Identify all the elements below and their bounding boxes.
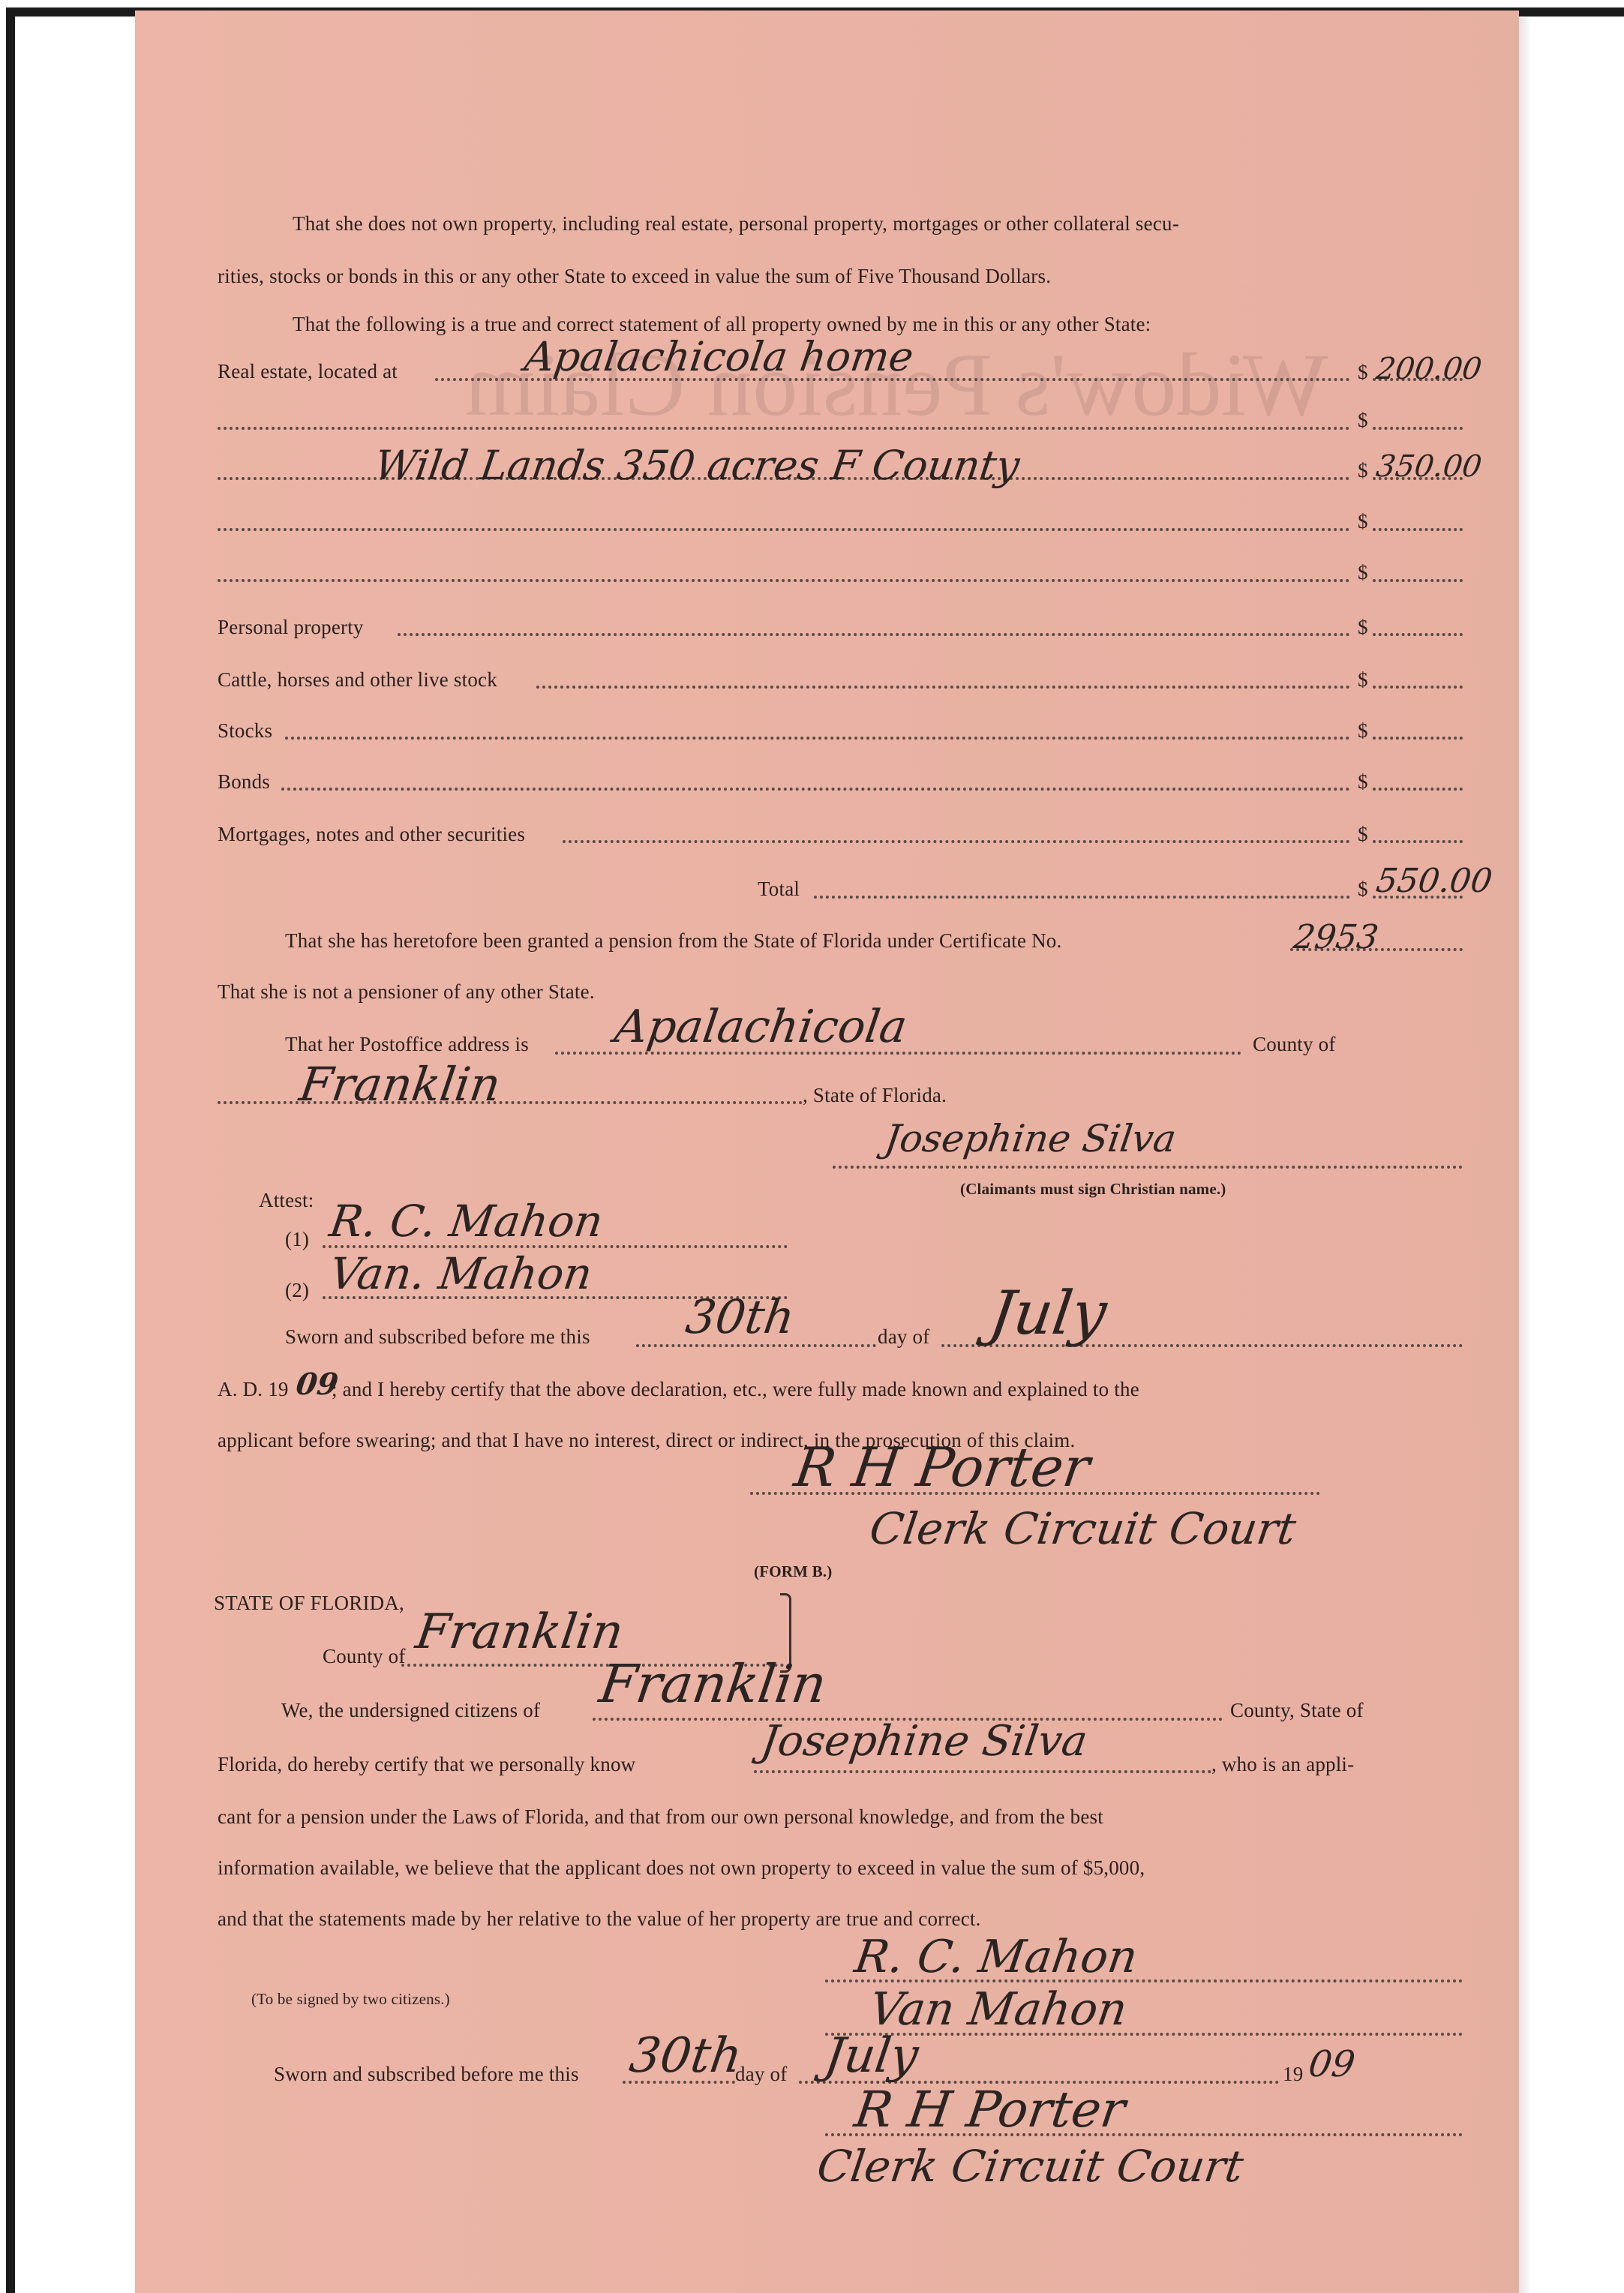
form-b-sworn-day[interactable]: 30th	[626, 2028, 746, 2084]
form-b-clerk-title: Clerk Circuit Court	[814, 2141, 1247, 2192]
signed-note: (To be signed by two citizens.)	[251, 1987, 450, 2011]
dollar-sign: $	[1358, 668, 1368, 692]
dollar-sign: $	[1358, 408, 1368, 432]
county-value[interactable]: Franklin	[296, 1057, 504, 1112]
dotted-line	[218, 579, 1350, 582]
dotted-line	[754, 1770, 1211, 1773]
attest-1-number: (1)	[285, 1227, 309, 1251]
clerk-title: Clerk Circuit Court	[866, 1503, 1299, 1554]
mortgages-amount[interactable]	[1373, 840, 1463, 843]
claimant-signature-line	[833, 1166, 1463, 1169]
livestock-amount[interactable]	[1373, 686, 1463, 689]
form-b-year[interactable]: 09	[1306, 2043, 1358, 2085]
row-label-personal-property: Personal property	[218, 615, 364, 639]
form-b-county-label: County of	[323, 1644, 406, 1668]
form-b-line3: cant for a pension under the Laws of Flo…	[218, 1805, 1103, 1829]
form-b-clerk-signature[interactable]: R H Porter	[851, 2081, 1129, 2138]
attest-1-signature[interactable]: R. C. Mahon	[326, 1196, 606, 1247]
dotted-line	[218, 427, 1350, 430]
certify-line1: ; and I hereby certify that the above de…	[332, 1377, 1139, 1401]
form-b-heading: (FORM B.)	[754, 1559, 832, 1583]
dotted-line	[285, 737, 1350, 740]
row-label-livestock: Cattle, horses and other live stock	[218, 668, 497, 692]
dotted-line	[1373, 427, 1463, 430]
dotted-line	[281, 788, 1350, 791]
attest-2-signature[interactable]: Van. Mahon	[326, 1248, 596, 1299]
dollar-sign: $	[1358, 719, 1368, 743]
form-b-county-value[interactable]: Franklin	[413, 1604, 627, 1660]
dollar-sign: $	[1358, 822, 1368, 846]
dotted-line	[1373, 579, 1463, 582]
total-label: Total	[758, 877, 800, 901]
personal-property-amount[interactable]	[1373, 633, 1463, 636]
claimant-signature[interactable]: Josephine Silva	[882, 1117, 1179, 1160]
form-b-line4: information available, we believe that t…	[218, 1856, 1145, 1880]
form-b-line2-end: , who is an appli-	[1211, 1752, 1354, 1776]
form-b-line2-start: Florida, do hereby certify that we perso…	[218, 1752, 635, 1776]
real-estate-entry[interactable]: Apalachicola home	[522, 333, 917, 380]
form-b-line5: and that the statements made by her rela…	[218, 1907, 981, 1931]
dollar-sign: $	[1358, 560, 1368, 584]
scan-background	[15, 17, 135, 2293]
not-pensioner-text: That she is not a pensioner of any other…	[218, 980, 595, 1004]
dollar-sign: $	[1358, 509, 1368, 533]
bonds-amount[interactable]	[1373, 788, 1463, 791]
certificate-text: That she has heretofore been granted a p…	[285, 929, 1061, 953]
sleeve-edge	[1519, 18, 1529, 2293]
certificate-number[interactable]: 2953	[1291, 918, 1380, 956]
county-state-of-label: County, State of	[1230, 1698, 1364, 1722]
day-of-label: day of	[878, 1325, 929, 1349]
dollar-sign: $	[1358, 770, 1368, 794]
sworn-month[interactable]: July	[985, 1278, 1110, 1348]
form-b-day-of: day of	[735, 2062, 787, 2086]
we-citizens-text: We, the undersigned citizens of	[281, 1698, 540, 1722]
sworn-day[interactable]: 30th	[683, 1289, 798, 1344]
row-label-mortgages: Mortgages, notes and other securities	[218, 822, 525, 846]
applicant-name[interactable]: Josephine Silva	[758, 1717, 1090, 1766]
para1-line1: That she does not own property, includin…	[293, 212, 1179, 236]
row-label-stocks: Stocks	[218, 719, 272, 743]
dollar-sign: $	[1358, 458, 1368, 482]
dollar-sign: $	[1358, 877, 1368, 901]
real-estate-amount[interactable]: 200.00	[1374, 352, 1484, 386]
row-label-bonds: Bonds	[218, 770, 270, 794]
stocks-amount[interactable]	[1373, 737, 1463, 740]
dotted-line	[218, 528, 1350, 531]
form-b-year-prefix: 19	[1283, 2062, 1303, 2086]
document-page: Widow's Pension Claim That she does not …	[135, 11, 1519, 2293]
citizens-county-value[interactable]: Franklin	[596, 1653, 830, 1715]
clerk-signature[interactable]: R H Porter	[791, 1436, 1094, 1499]
wild-lands-entry[interactable]: Wild Lands 350 acres F County	[372, 442, 1023, 489]
state-of-florida-label: , State of Florida.	[803, 1083, 947, 1107]
wild-lands-amount[interactable]: 350.00	[1374, 449, 1484, 484]
ad-prefix: A. D. 19	[218, 1377, 289, 1401]
total-amount[interactable]: 550.00	[1373, 862, 1494, 900]
form-b-sworn-month[interactable]: July	[821, 2028, 922, 2084]
state-of-florida-heading: STATE OF FLORIDA,	[214, 1591, 404, 1615]
signer-1-signature[interactable]: R. C. Mahon	[851, 1931, 1141, 1983]
dotted-line	[1373, 528, 1463, 531]
scanner-frame-left	[6, 8, 15, 2293]
form-b-sworn-text: Sworn and subscribed before me this	[274, 2062, 579, 2086]
dotted-line	[398, 633, 1350, 636]
dotted-line	[536, 686, 1350, 689]
postoffice-label: That her Postoffice address is	[285, 1032, 529, 1056]
dollar-sign: $	[1358, 360, 1368, 384]
sworn-text: Sworn and subscribed before me this	[285, 1325, 590, 1349]
claimant-note: (Claimants must sign Christian name.)	[960, 1177, 1226, 1201]
row-label-real-estate: Real estate, located at	[218, 359, 398, 383]
dotted-line	[563, 840, 1350, 843]
dotted-line	[814, 896, 1350, 899]
attest-label: Attest:	[259, 1188, 314, 1212]
postoffice-value[interactable]: Apalachicola	[611, 1001, 910, 1053]
county-of-label: County of	[1253, 1032, 1336, 1056]
attest-2-number: (2)	[285, 1278, 309, 1302]
dollar-sign: $	[1358, 615, 1368, 639]
para1-line2: rities, stocks or bonds in this or any o…	[218, 264, 1051, 288]
dotted-line	[636, 1344, 876, 1347]
